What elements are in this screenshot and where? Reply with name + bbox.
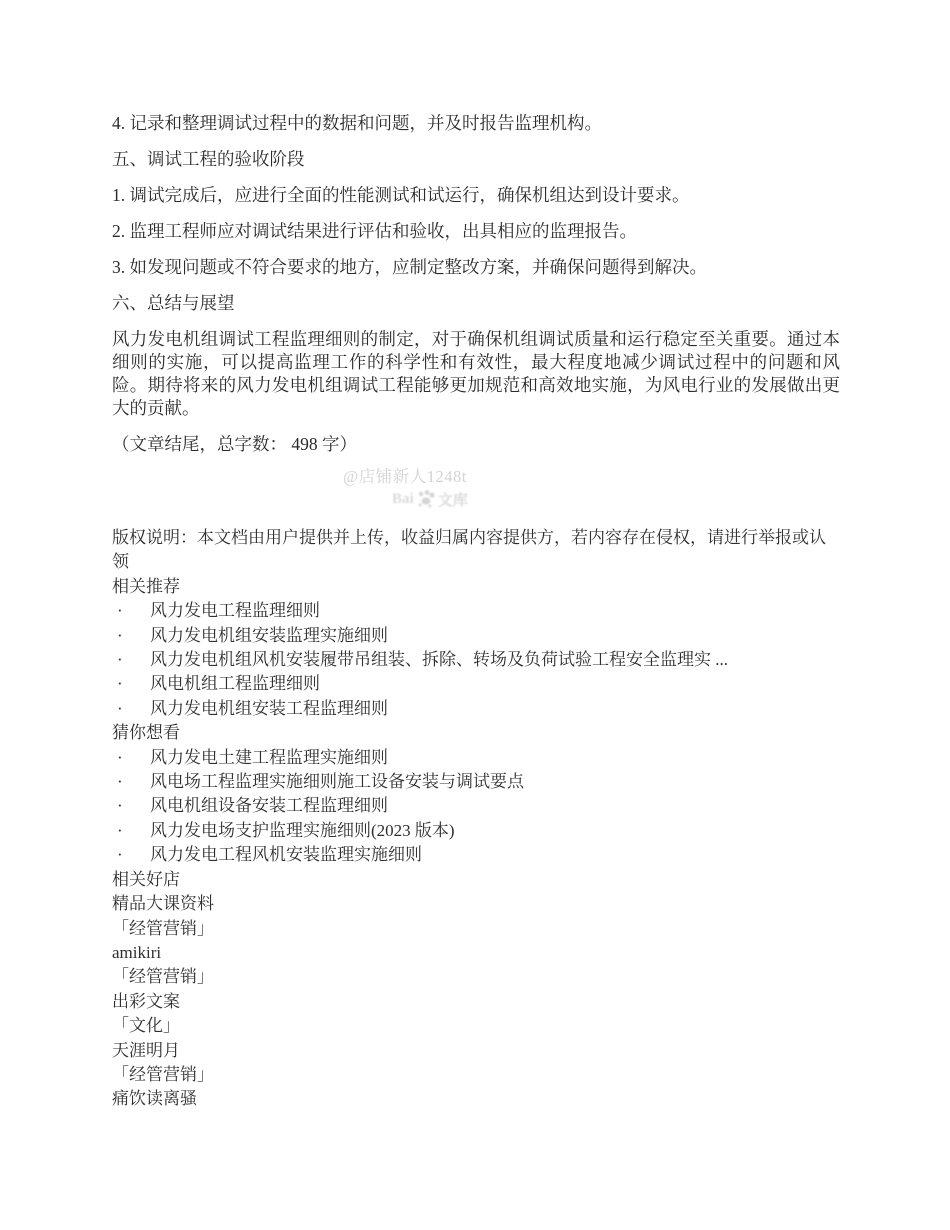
guess-item[interactable]: · 风电机组设备安装工程监理细则 [112, 794, 838, 818]
shop-name-link[interactable]: 天涯明月 [112, 1041, 180, 1060]
related-item-link[interactable]: 风力发电工程监理细则 [150, 601, 320, 620]
doc-list-item: 4. 记录和整理调试过程中的数据和问题，并及时报告监理机构。 [112, 112, 840, 135]
bullet-icon: · [117, 746, 123, 770]
guess-item-link[interactable]: 风电场工程监理实施细则施工设备安装与调试要点 [150, 772, 524, 791]
bullet-icon: · [117, 794, 123, 818]
shop-category: 「经管营销」 [112, 965, 838, 989]
bullet-icon: · [117, 648, 123, 672]
shops-title: 相关好店 [112, 868, 838, 892]
guess-item[interactable]: · 风力发电土建工程监理实施细则 [112, 746, 838, 770]
guess-item[interactable]: · 风力发电工程风机安装监理实施细则 [112, 843, 838, 867]
shop-name-link[interactable]: 精品大课资料 [112, 894, 214, 913]
watermark-logo-text-left: Bai [392, 491, 414, 508]
paw-icon [415, 489, 437, 509]
related-item-link[interactable]: 风力发电机组安装监理实施细则 [150, 626, 388, 645]
related-item[interactable]: · 风力发电机组风机安装履带吊组装、拆除、转场及负荷试验工程安全监理实 ... [112, 648, 838, 672]
guess-item[interactable]: · 风电场工程监理实施细则施工设备安装与调试要点 [112, 770, 838, 794]
bullet-icon: · [117, 599, 123, 623]
shop-name[interactable]: amikiri [112, 941, 838, 965]
bullet-icon: · [117, 672, 123, 696]
shop-name-link[interactable]: 出彩文案 [112, 992, 180, 1011]
bullet-icon: · [117, 770, 123, 794]
watermark-logo-text-right: 文库 [438, 489, 468, 510]
doc-paragraph: 风力发电机组调试工程监理细则的制定，对于确保机组调试质量和运行稳定至关重要。通过… [112, 328, 840, 420]
doc-section-heading: 六、总结与展望 [112, 292, 840, 315]
guess-item-link[interactable]: 风力发电工程风机安装监理实施细则 [150, 845, 422, 864]
shop-category: 「经管营销」 [112, 1063, 838, 1087]
related-item-link[interactable]: 风电机组工程监理细则 [150, 674, 320, 693]
related-item[interactable]: · 风力发电机组安装监理实施细则 [112, 624, 838, 648]
related-item-link[interactable]: 风力发电机组安装工程监理细则 [150, 699, 388, 718]
bullet-icon: · [117, 843, 123, 867]
shop-name-link[interactable]: 痛饮读离骚 [112, 1089, 197, 1108]
doc-list-item: 1. 调试完成后，应进行全面的性能测试和试运行，确保机组达到设计要求。 [112, 184, 840, 207]
guess-title: 猜你想看 [112, 721, 838, 745]
guess-item-link[interactable]: 风力发电土建工程监理实施细则 [150, 748, 388, 767]
doc-section-heading: 五、调试工程的验收阶段 [112, 148, 840, 171]
meta-section: 版权说明：本文档由用户提供并上传，收益归属内容提供方，若内容存在侵权，请进行举报… [0, 526, 950, 1112]
related-item[interactable]: · 风电机组工程监理细则 [112, 672, 838, 696]
shop-name[interactable]: 痛饮读离骚 [112, 1087, 838, 1111]
doc-word-count-note: （文章结尾，总字数： 498 字） [112, 433, 840, 456]
baidu-wenku-logo-icon: Bai 文库 [392, 488, 468, 510]
guess-item[interactable]: · 风力发电场支护监理实施细则(2023 版本) [112, 819, 838, 843]
document-body: 4. 记录和整理调试过程中的数据和问题，并及时报告监理机构。 五、调试工程的验收… [0, 0, 950, 456]
related-item[interactable]: · 风力发电工程监理细则 [112, 599, 838, 623]
shop-name-link[interactable]: amikiri [112, 943, 161, 962]
doc-list-item: 2. 监理工程师应对调试结果进行评估和验收，出具相应的监理报告。 [112, 220, 840, 243]
guess-item-link[interactable]: 风力发电场支护监理实施细则(2023 版本) [150, 821, 455, 840]
shop-name[interactable]: 精品大课资料 [112, 892, 838, 916]
guess-item-link[interactable]: 风电机组设备安装工程监理细则 [150, 796, 388, 815]
related-item[interactable]: · 风力发电机组安装工程监理细则 [112, 697, 838, 721]
bullet-icon: · [117, 819, 123, 843]
shop-name[interactable]: 天涯明月 [112, 1039, 838, 1063]
watermark-handle: @店铺新人1248t [343, 463, 467, 487]
related-title: 相关推荐 [112, 575, 838, 599]
shop-category: 「经管营销」 [112, 917, 838, 941]
related-item-link[interactable]: 风力发电机组风机安装履带吊组装、拆除、转场及负荷试验工程安全监理实 ... [150, 650, 728, 669]
bullet-icon: · [117, 624, 123, 648]
bullet-icon: · [117, 697, 123, 721]
copyright-notice: 版权说明：本文档由用户提供并上传，收益归属内容提供方，若内容存在侵权，请进行举报… [112, 526, 838, 575]
shop-category: 「文化」 [112, 1014, 838, 1038]
shop-name[interactable]: 出彩文案 [112, 990, 838, 1014]
doc-list-item: 3. 如发现问题或不符合要求的地方，应制定整改方案，并确保问题得到解决。 [112, 256, 840, 279]
